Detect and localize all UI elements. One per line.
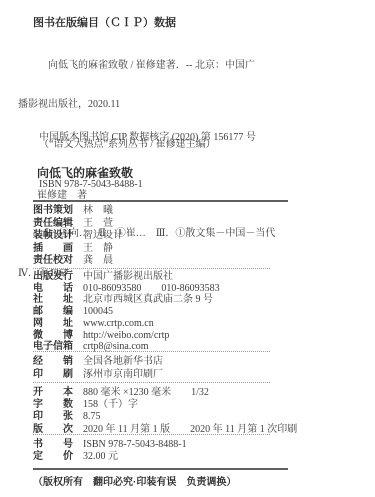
row-label: 微 博 [33,330,75,342]
row-value: ISBN 978-7-5043-8488-1 [83,439,187,450]
title-block: 向低飞的麻雀致敬 崔修建 著 [37,164,133,201]
credit-row: 图书策划林 曦 [33,205,123,218]
publishing-section: 出版发行中国广播影视出版社 电 话010-86093580 010-860935… [33,271,220,353]
distribution-row: 印 刷涿州市京南印刷厂 [33,369,163,382]
spec-row: 开 本880 毫米 ×1230 毫米 1/32 [33,387,297,399]
row-value: 王 萱 [83,218,113,229]
row-label: 邮 编 [33,306,75,318]
dotted-divider [33,434,270,435]
dotted-divider [33,351,270,352]
row-value: 北京市西城区真武庙二条 9 号 [83,294,213,305]
row-value: 龚 晨 [83,255,113,266]
row-value: http://weibo.com/crtp [83,330,169,341]
row-label: 插 画 [33,243,75,256]
row-value: 全国各地新华书店 [83,356,163,367]
row-label: 印 张 [33,411,75,423]
row-label: 出版发行 [33,271,75,283]
solid-divider [33,200,288,202]
row-label: 开 本 [33,387,75,399]
publishing-row: 电 话010-86093580 010-86093583 [33,283,220,295]
row-label: 社 址 [33,294,75,306]
solid-divider [33,468,288,470]
row-value: 2020 年 11 月第 1 版 2020 年 11 月第 1 次印刷 [83,424,297,435]
cip-header: 图书在版编目（ＣＩＰ）数据 [33,14,176,30]
cip-line: 播影视出版社，2020.11 [18,98,363,111]
publishing-row: 出版发行中国广播影视出版社 [33,271,220,283]
row-value: 880 毫米 ×1230 毫米 1/32 [83,387,209,398]
dotted-divider [33,268,270,269]
row-value: 林 曦 [83,205,113,216]
distribution-row: 经 销全国各地新华书店 [33,356,163,369]
copyright-notice: （版权所有 翻印必究·印装有误 负责调换） [33,473,236,488]
row-value: 智达设计 [83,230,123,241]
row-value: 中国广播影视出版社 [83,271,173,282]
dotted-divider [33,382,270,383]
row-value: 涿州市京南印刷厂 [83,369,163,380]
row-label: 图书策划 [33,205,75,218]
cip-registration: 中国版本图书馆 CIP 数据核字 (2020) 第 156177 号 [39,128,256,143]
row-value: www.crtp.com.cn [83,318,154,329]
row-label: 字 数 [33,399,75,411]
spec-row: 字 数158（千）字 [33,399,297,411]
book-number-row: 定 价32.00 元 [33,451,187,463]
credit-row: 装帧设计智达设计 [33,230,123,243]
row-value: 32.00 元 [83,451,118,462]
credit-row: 责任编辑王 萱 [33,218,123,231]
spec-row: 印 张8.75 [33,411,297,423]
row-label: 经 销 [33,356,75,369]
cip-line: 向低飞的麻雀致敬 / 崔修建著．-- 北京：中国广 [18,59,363,72]
row-label: 装帧设计 [33,230,75,243]
credit-row: 责任校对龚 晨 [33,255,123,268]
row-label: 电 话 [33,283,75,295]
row-label: 印 刷 [33,369,75,382]
row-label: 定 价 [33,451,75,463]
distribution-section: 经 销全国各地新华书店 印 刷涿州市京南印刷厂 [33,356,163,381]
copyright-page: 图书在版编目（ＣＩＰ）数据 向低飞的麻雀致敬 / 崔修建著．-- 北京：中国广 … [0,0,375,497]
book-title: 向低飞的麻雀致敬 [37,164,133,181]
row-value: 158（千）字 [83,399,138,410]
row-value: 王 静 [83,243,113,254]
credits-section: 图书策划林 曦 责任编辑王 萱 装帧设计智达设计 插 画王 静 责任校对龚 晨 [33,205,123,268]
row-value: 010-86093580 010-86093583 [83,283,220,294]
row-label: 责任校对 [33,255,75,268]
row-label: 责任编辑 [33,218,75,231]
row-label: 书 号 [33,439,75,451]
book-number-row: 书 号ISBN 978-7-5043-8488-1 [33,439,187,451]
publishing-row: 社 址北京市西城区真武庙二条 9 号 [33,294,220,306]
credit-row: 插 画王 静 [33,243,123,256]
publishing-row: 微 博http://weibo.com/crtp [33,330,220,342]
publishing-row: 网 址www.crtp.com.cn [33,318,220,330]
book-author: 崔修建 著 [37,186,133,201]
publishing-row: 邮 编100045 [33,306,220,318]
print-specs-section: 开 本880 毫米 ×1230 毫米 1/32 字 数158（千）字 印 张8.… [33,387,297,436]
row-label: 网 址 [33,318,75,330]
row-value: 100045 [83,306,113,317]
book-number-section: 书 号ISBN 978-7-5043-8488-1 定 价32.00 元 [33,439,187,464]
row-value: 8.75 [83,411,101,422]
